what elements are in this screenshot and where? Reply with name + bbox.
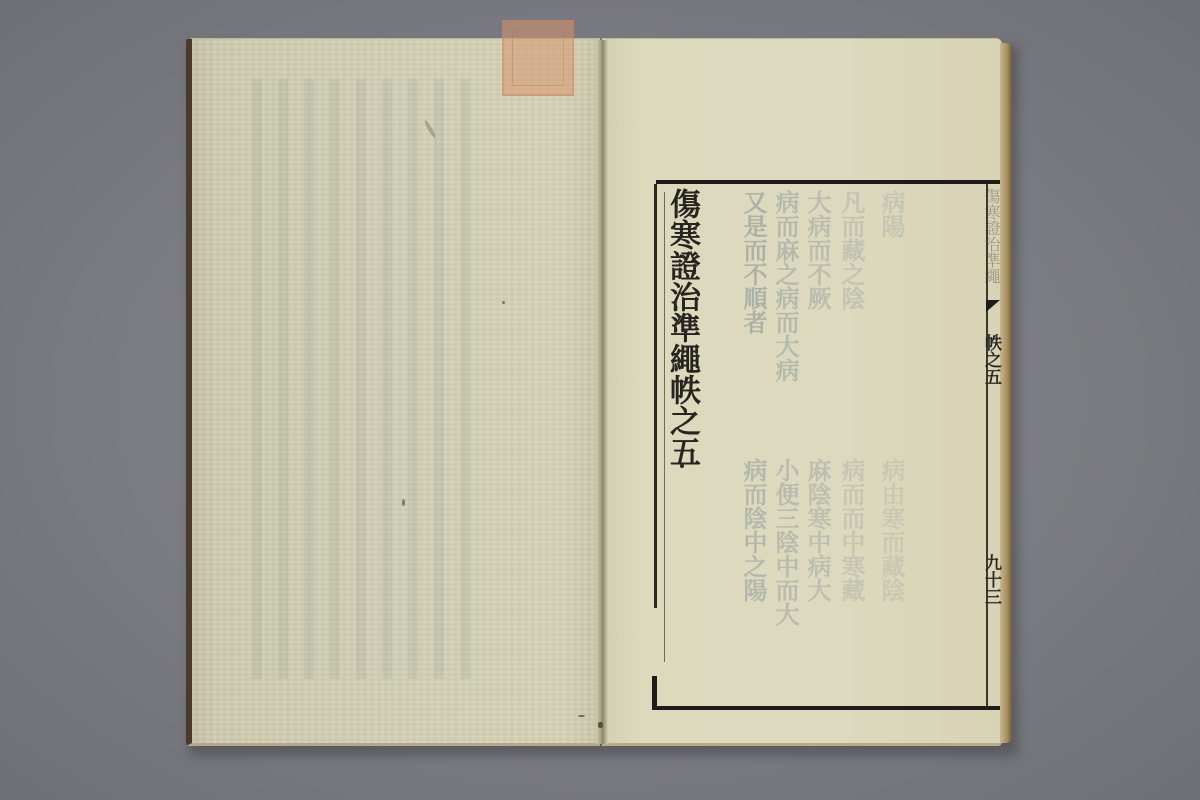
- printed-border-frame: [656, 180, 1000, 710]
- page-fore-edge: [1000, 43, 1012, 743]
- ink-speck: [578, 715, 585, 717]
- frame-left-rule: [654, 184, 657, 608]
- ink-speck: [402, 499, 405, 506]
- punctuation-dot: [680, 464, 684, 468]
- collection-seal: [502, 20, 574, 96]
- open-book: 又是而不順者 病而麻之病而大病 大病而不厥 凡而藏之陰 病陽 病而陰中之陽 小便…: [186, 38, 1012, 750]
- fishtail-mark-icon: [986, 300, 1000, 312]
- banxin-book-title: 傷寒證治準繩: [982, 188, 1000, 284]
- book-gutter: [596, 40, 608, 744]
- banxin-volume-label: 帙之五: [982, 334, 1000, 385]
- left-page: [186, 38, 600, 746]
- ink-speck: [502, 301, 505, 304]
- paper-damage-mark: [598, 722, 603, 728]
- seal-inner-border: [512, 30, 564, 86]
- banxin-page-number: 九十三: [982, 554, 1000, 605]
- frame-left-corner: [652, 676, 657, 710]
- volume-title: 傷寒證治準繩帙之五: [662, 188, 702, 467]
- left-page-bleed-through: [252, 79, 472, 679]
